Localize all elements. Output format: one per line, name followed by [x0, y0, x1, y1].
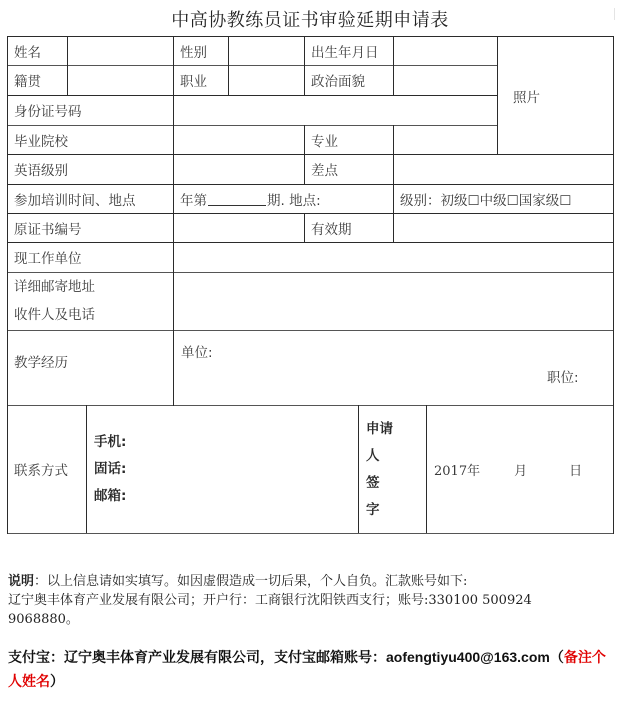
- notes-line1: ：以上信息请如实填写。如因虚假造成一切后果，个人自负。汇款账号如下:: [34, 574, 467, 589]
- position-label: 职位:: [540, 365, 610, 387]
- instructions-text: 说明：以上信息请如实填写。如因虚假造成一切后果，个人自负。汇款账号如下: 辽宁奥…: [8, 572, 618, 629]
- teaching-experience-label: 教学经历: [7, 330, 173, 392]
- contact-label: 联系方式: [7, 405, 86, 533]
- signature-label-line: 申请: [366, 416, 393, 443]
- alipay-info: 支付宝：辽宁奥丰体育产业发展有限公司，支付宝邮箱账号：aofengtiyu400…: [8, 645, 613, 693]
- major-field[interactable]: [394, 126, 497, 154]
- id-number-field[interactable]: [174, 96, 497, 125]
- birth-field[interactable]: [394, 37, 497, 65]
- workplace-field[interactable]: [174, 243, 613, 272]
- occupation-field[interactable]: [229, 66, 304, 95]
- table-border-bottom: [7, 533, 614, 534]
- level-checkboxes[interactable]: 级别：初级☐中级☐国家级☐: [393, 184, 613, 213]
- address-label-line1: 详细邮寄地址: [14, 273, 95, 301]
- english-level-field[interactable]: [174, 155, 304, 184]
- birth-label: 出生年月日: [304, 36, 393, 65]
- table-border-right: [613, 36, 614, 534]
- signature-label-line: 签: [366, 470, 380, 497]
- cert-number-field[interactable]: [174, 214, 304, 242]
- native-place-label: 籍贯: [7, 65, 67, 95]
- political-status-label: 政治面貌: [304, 65, 393, 95]
- cert-number-label: 原证书编号: [7, 213, 173, 242]
- date-year: 2017年: [434, 460, 480, 479]
- address-label-line2: 收件人及电话: [14, 301, 95, 329]
- alipay-close: ）: [50, 673, 64, 689]
- notes-line3: 9068880。: [8, 610, 618, 629]
- unit-label: 单位:: [181, 341, 213, 361]
- date-day: 日: [569, 460, 582, 479]
- training-year-text: 年第: [180, 189, 207, 209]
- id-number-label: 身份证号码: [7, 95, 173, 125]
- address-field[interactable]: [174, 273, 613, 330]
- contact-field[interactable]: 手机: 固话: 邮箱:: [87, 406, 358, 533]
- workplace-label: 现工作单位: [7, 242, 173, 272]
- gender-label: 性别: [173, 36, 228, 65]
- name-field[interactable]: [68, 37, 173, 65]
- photo-box[interactable]: 照片: [498, 37, 613, 154]
- validity-label: 有效期: [304, 213, 393, 242]
- school-field[interactable]: [174, 126, 304, 154]
- signature-label-line: 人: [366, 443, 380, 470]
- political-status-field[interactable]: [394, 66, 497, 95]
- english-level-label: 英语级别: [7, 154, 173, 184]
- handicap-field[interactable]: [394, 155, 613, 184]
- email-label: 邮箱:: [94, 483, 126, 510]
- notes-line2: 辽宁奥丰体育产业发展有限公司；开户行：工商银行沈阳铁西支行；账号:330100 …: [8, 591, 618, 610]
- notes-heading: 说明: [8, 574, 34, 589]
- training-label: 参加培训时间、地点: [7, 184, 173, 213]
- mobile-label: 手机:: [94, 429, 126, 456]
- applicant-signature-label: 申请 人 签 字: [359, 406, 426, 533]
- address-label: 详细邮寄地址 收件人及电话: [7, 272, 173, 330]
- training-field[interactable]: 年第 期. 地点:: [173, 184, 393, 213]
- occupation-label: 职业: [173, 65, 228, 95]
- gender-field[interactable]: [229, 37, 304, 65]
- native-place-field[interactable]: [68, 66, 173, 95]
- name-label: 姓名: [7, 36, 67, 65]
- training-period-blank[interactable]: [208, 192, 266, 206]
- date-month: 月: [514, 460, 527, 479]
- handicap-label: 差点: [304, 154, 393, 184]
- signature-date-field[interactable]: 2017年 月 日: [427, 406, 613, 533]
- alipay-text: 支付宝：辽宁奥丰体育产业发展有限公司，支付宝邮箱账号：aofengtiyu400…: [8, 649, 564, 665]
- landline-label: 固话:: [94, 456, 126, 483]
- validity-field[interactable]: [394, 214, 613, 242]
- application-form-table: 姓名 性别 出生年月日 照片 籍贯 职业 政治面貌 身份证号码 毕业院校 专业 …: [0, 0, 620, 560]
- signature-label-line: 字: [366, 497, 380, 524]
- school-label: 毕业院校: [7, 125, 173, 154]
- major-label: 专业: [304, 125, 393, 154]
- training-location-text: 期. 地点:: [267, 189, 321, 209]
